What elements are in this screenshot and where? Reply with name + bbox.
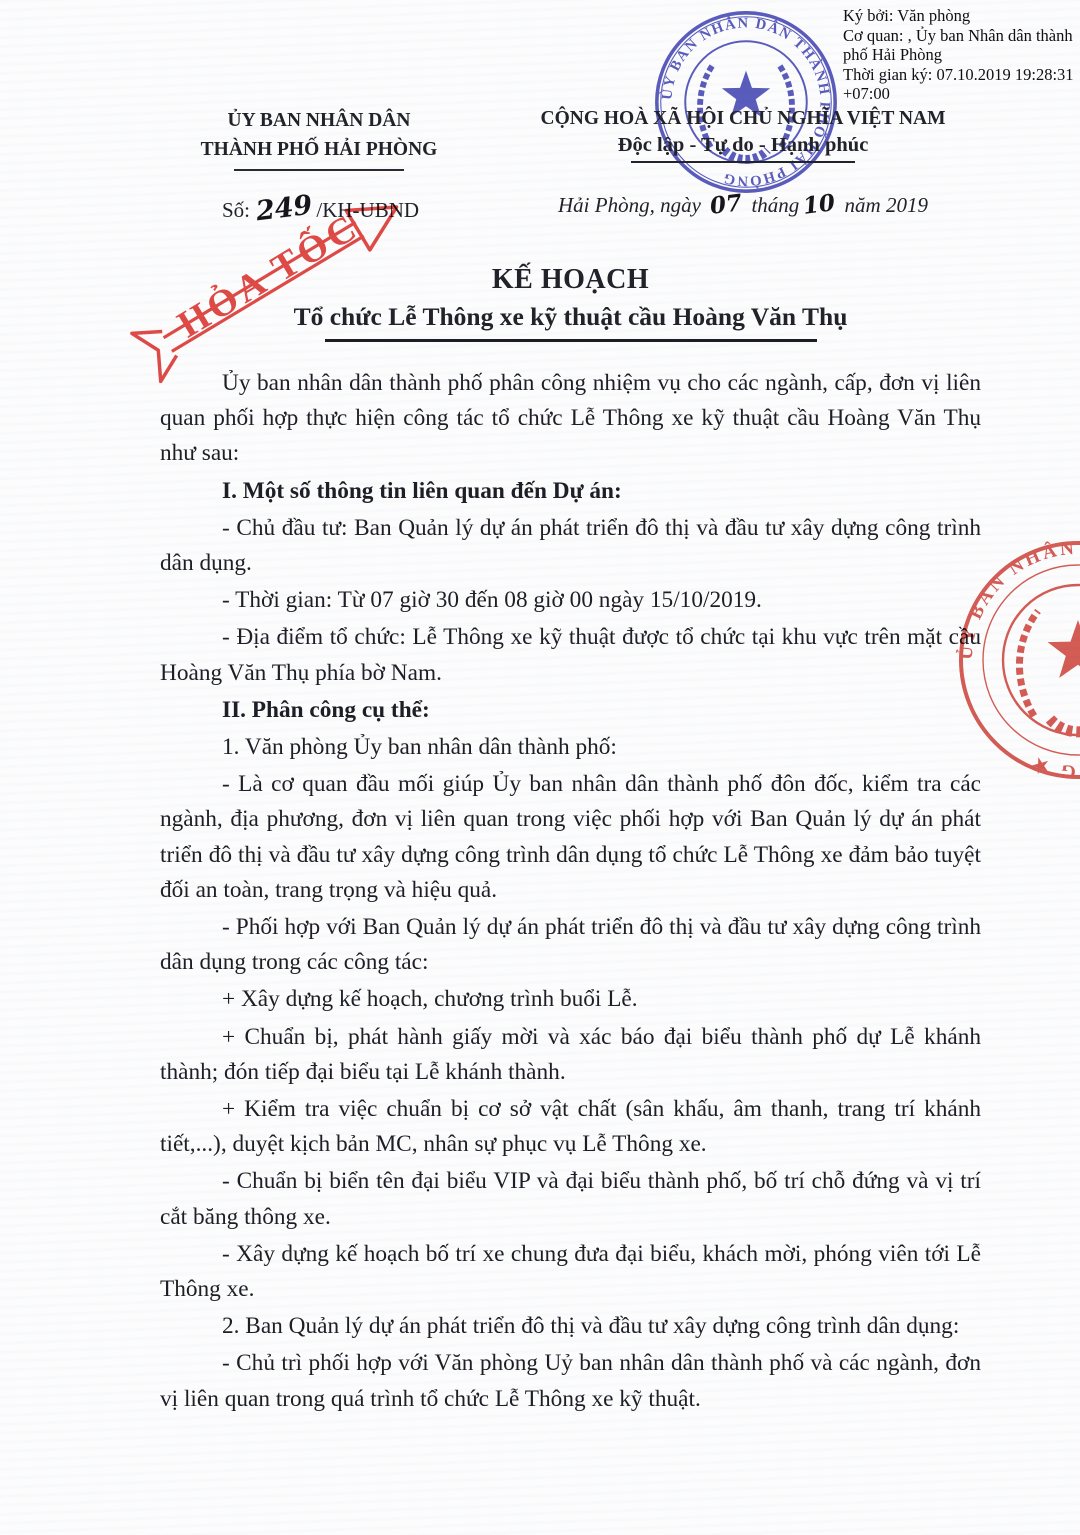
paragraph-3: - Chủ đầu tư: Ban Quản lý dự án phát tri… xyxy=(160,511,981,581)
org-name-line1: ỦY BAN NHÂN DÂN xyxy=(178,106,460,135)
paragraph-1: Ủy ban nhân dân thành phố phân công nhiệ… xyxy=(160,366,981,472)
issuing-org-block: ỦY BAN NHÂN DÂN THÀNH PHỐ HẢI PHÒNG xyxy=(178,106,460,171)
title-underline xyxy=(325,339,817,342)
red-official-seal-stamp-icon: ỦY BAN NHÂN DÂN THÀNH PHỐ HẢI PHÒNG ★ xyxy=(948,530,1080,790)
national-motto-block: CỘNG HOÀ XÃ HỘI CHỦ NGHĨA VIỆT NAM Độc l… xyxy=(505,108,981,163)
national-title: CỘNG HOÀ XÃ HỘI CHỦ NGHĨA VIỆT NAM xyxy=(505,108,981,130)
paragraph-14: - Xây dựng kế hoạch bố trí xe chung đưa … xyxy=(160,1237,981,1307)
doc-number-label: Số: xyxy=(222,198,250,222)
date-line: Hải Phòng, ngày 07 tháng10 năm 2019 xyxy=(505,191,981,218)
date-mid: tháng xyxy=(751,193,799,217)
paragraph-12: + Kiểm tra việc chuẩn bị cơ sở vật chất … xyxy=(160,1092,981,1162)
doc-subject-title: Tổ chức Lễ Thông xe kỹ thuật cầu Hoàng V… xyxy=(160,302,981,332)
paragraph-13: - Chuẩn bị biển tên đại biểu VIP và đại … xyxy=(160,1164,981,1234)
paragraph-7: 1. Văn phòng Ủy ban nhân dân thành phố: xyxy=(160,730,981,765)
document-page: Ký bởi: Văn phòng Cơ quan: , Ủy ban Nhân… xyxy=(0,0,1080,1535)
paragraph-6: II. Phân công cụ thể: xyxy=(160,693,981,728)
paragraph-9: - Phối hợp với Ban Quản lý dự án phát tr… xyxy=(160,910,981,980)
digital-signature-block: Ký bởi: Văn phòng Cơ quan: , Ủy ban Nhân… xyxy=(843,6,1080,104)
paragraph-11: + Chuẩn bị, phát hành giấy mời và xác bá… xyxy=(160,1020,981,1090)
title-block: KẾ HOẠCH Tổ chức Lễ Thông xe kỹ thuật cầ… xyxy=(160,264,981,342)
document-body: Ủy ban nhân dân thành phố phân công nhiệ… xyxy=(160,366,981,1419)
date-prefix: Hải Phòng, ngày xyxy=(558,193,701,217)
paragraph-10: + Xây dựng kế hoạch, chương trình buổi L… xyxy=(160,982,981,1017)
national-emblem-stamp-icon: ỦY BAN NHÂN DÂN THÀNH PHỐ HẢI PHÒNG xyxy=(648,4,844,200)
motto-underline xyxy=(631,161,855,163)
paragraph-16: - Chủ trì phối hợp với Văn phòng Uỷ ban … xyxy=(160,1346,981,1416)
paragraph-5: - Địa điểm tổ chức: Lễ Thông xe kỹ thuật… xyxy=(160,620,981,690)
national-motto: Độc lập - Tự do - Hạnh phúc xyxy=(505,134,981,157)
paragraph-4: - Thời gian: Từ 07 giờ 30 đến 08 giờ 00 … xyxy=(160,583,981,618)
paragraph-2: I. Một số thông tin liên quan đến Dự án: xyxy=(160,474,981,509)
date-day-handwritten: 07 xyxy=(709,189,744,220)
doc-type-title: KẾ HOẠCH xyxy=(160,264,981,296)
date-month-handwritten: 10 xyxy=(802,189,837,220)
red-seal-graphic: ỦY BAN NHÂN DÂN THÀNH PHỐ HẢI PHÒNG ★ xyxy=(948,530,1080,790)
paragraph-8: - Là cơ quan đầu mối giúp Ủy ban nhân dâ… xyxy=(160,767,981,908)
blue-seal-graphic: ỦY BAN NHÂN DÂN THÀNH PHỐ HẢI PHÒNG xyxy=(648,4,844,200)
org-name-line2: THÀNH PHỐ HẢI PHÒNG xyxy=(178,135,460,164)
paragraph-15: 2. Ban Quản lý dự án phát triển đô thị v… xyxy=(160,1309,981,1344)
date-suffix: năm 2019 xyxy=(845,193,928,217)
